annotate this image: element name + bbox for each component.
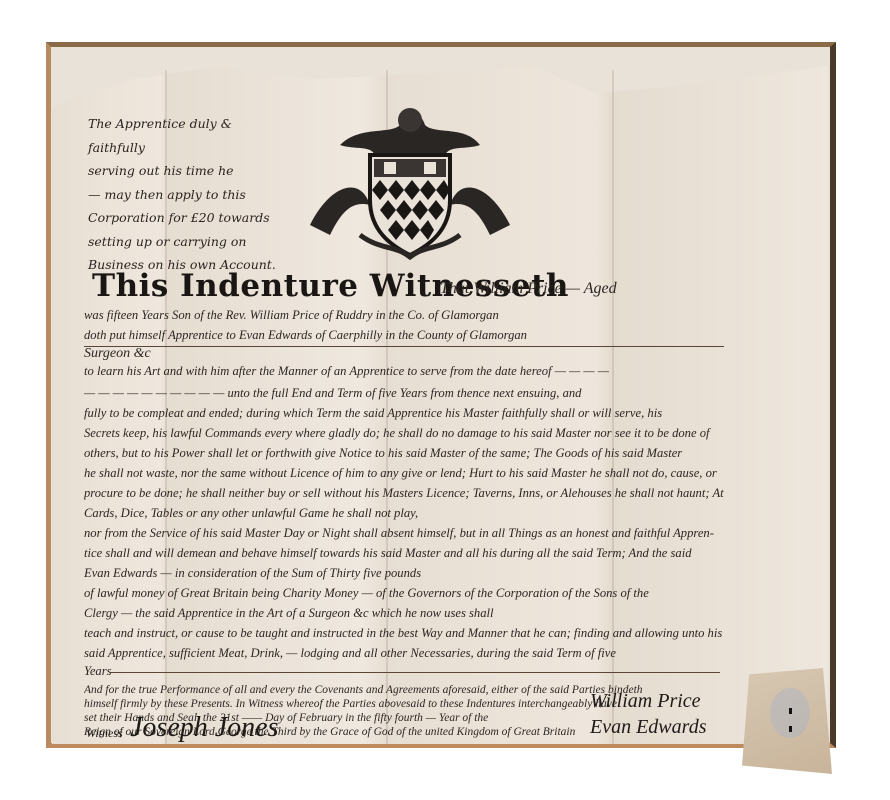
body-line: others, but to his Power shall let or fo… [84,446,744,461]
witness-label: Witness [86,726,123,741]
witness-signature: Joseph Jones [130,712,279,744]
body-line: was fifteen Years Son of the Rev. Willia… [84,308,824,323]
body-line: he shall not waste, nor the same without… [84,466,744,481]
apprentice-signature: William Price [590,690,701,713]
body-line: fully to be compleat and ended; during w… [84,406,744,421]
margin-note-line: — may then apply to this [88,183,288,207]
margin-note: The Apprentice duly & faithfully serving… [88,112,288,277]
divider [110,672,720,673]
body-line: doth put himself Apprentice to Evan Edwa… [84,328,744,343]
body-line: to learn his Art and with him after the … [84,364,744,379]
body-line: — — — — — — — — — — unto the full End an… [84,386,744,401]
body-line: said Apprentice, sufficient Meat, Drink,… [84,646,744,661]
body-line: nor from the Service of his said Master … [84,526,744,541]
body-line: of lawful money of Great Britain being C… [84,586,744,601]
body-line: teach and instruct, or cause to be taugh… [84,626,744,641]
margin-note-line: The Apprentice duly & faithfully [88,112,288,159]
seal-tab [742,668,832,774]
margin-note-line: serving out his time he [88,159,288,183]
seal-mark [789,708,792,714]
seal-mark [789,726,792,732]
margin-note-line: setting up or carrying on [88,230,288,254]
body-line: procure to be done; he shall neither buy… [84,486,744,501]
body-line: Cards, Dice, Tables or any other unlawfu… [84,506,744,521]
master-signature: Evan Edwards [590,716,706,739]
body-line: Evan Edwards — in consideration of the S… [84,566,744,581]
body-line: Clergy — the said Apprentice in the Art … [84,606,744,621]
body-line: Surgeon &c [84,346,744,362]
divider [84,346,724,347]
body-line: That William Price — Aged [440,280,830,298]
body-line: tice shall and will demean and behave hi… [84,546,744,561]
body-line: Secrets keep, his lawful Commands every … [84,426,744,441]
margin-note-line: Corporation for £20 towards [88,206,288,230]
coat-of-arms-icon [300,105,520,260]
